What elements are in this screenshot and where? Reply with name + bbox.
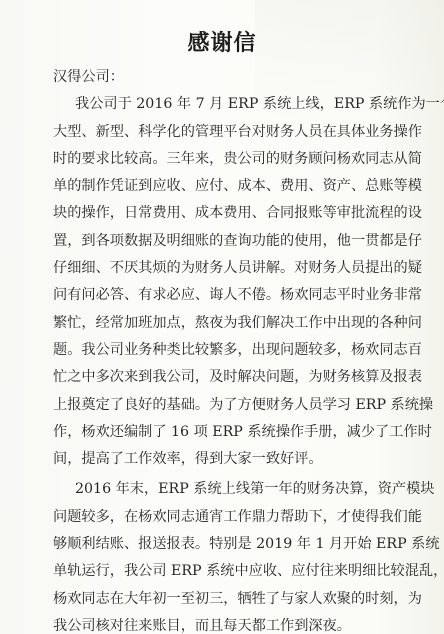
text-line: 块的操作，日常费用、成本费用、合同报账等审批流程的设: [53, 200, 398, 227]
paragraph-1: 我公司于 2016 年 7 月 ERP 系统上线，ERP 系统作为一个 大型、新…: [53, 91, 398, 473]
text-line: 单的制作凭证到应收、应付、成本、费用、资产、总账等模: [53, 173, 398, 200]
text-line: 忙之中多次来到我公司，及时解决问题，为财务核算及报表: [53, 364, 398, 391]
letter-title: 感谢信: [0, 26, 444, 57]
text-line: 问有问必答、有求必应、诲人不倦。杨欢同志平时业务非常: [53, 282, 398, 309]
letter-body: 汉得公司： 我公司于 2016 年 7 月 ERP 系统上线，ERP 系统作为一…: [53, 64, 398, 634]
text-line: 作，杨欢还编制了 16 项 ERP 系统操作手册，减少了工作时: [53, 419, 398, 446]
text-line: 单轨运行，我公司 ERP 系统中应收、应付往来明细比较混乱，: [53, 558, 398, 585]
text-line: 时的要求比较高。三年来，贵公司的财务顾问杨欢同志从简: [53, 146, 398, 173]
salutation: 汉得公司：: [53, 64, 398, 91]
text-line: 我公司于 2016 年 7 月 ERP 系统上线，ERP 系统作为一个: [53, 91, 398, 118]
text-line: 上报奠定了良好的基础。为了方便财务人员学习 ERP 系统操: [53, 392, 398, 419]
text-line: 置，到各项数据及明细账的查询功能的使用，他一贯都是仔: [53, 228, 398, 255]
text-line: 大型、新型、科学化的管理平台对财务人员在具体业务操作: [53, 119, 398, 146]
text-line: 够顺利结账、报送报表。特别是 2019 年 1 月开始 ERP 系统: [53, 531, 398, 558]
text-line: 繁忙，经常加班加点，熬夜为我们解决工作中出现的各种问: [53, 310, 398, 337]
text-line: 间，提高了工作效率，得到大家一致好评。: [53, 446, 398, 473]
paragraph-2: 2016 年末，ERP 系统上线第一年的财务决算，资产模块 问题较多，在杨欢同志…: [53, 476, 398, 634]
text-line: 仔细细、不厌其烦的为财务人员讲解。对财务人员提出的疑: [53, 255, 398, 282]
text-line: 我公司核对往来账目，而且每天都工作到深夜。: [53, 613, 398, 634]
text-line: 问题较多，在杨欢同志通宵工作鼎力帮助下，才使得我们能: [53, 504, 398, 531]
letter-page: 感谢信 汉得公司： 我公司于 2016 年 7 月 ERP 系统上线，ERP 系…: [0, 0, 444, 634]
text-line: 题。我公司业务种类比较繁多，出现问题较多，杨欢同志百: [53, 337, 398, 364]
text-line: 2016 年末，ERP 系统上线第一年的财务决算，资产模块: [53, 476, 398, 503]
text-line: 杨欢同志在大年初一至初三，牺牲了与家人欢聚的时刻，为: [53, 586, 398, 613]
